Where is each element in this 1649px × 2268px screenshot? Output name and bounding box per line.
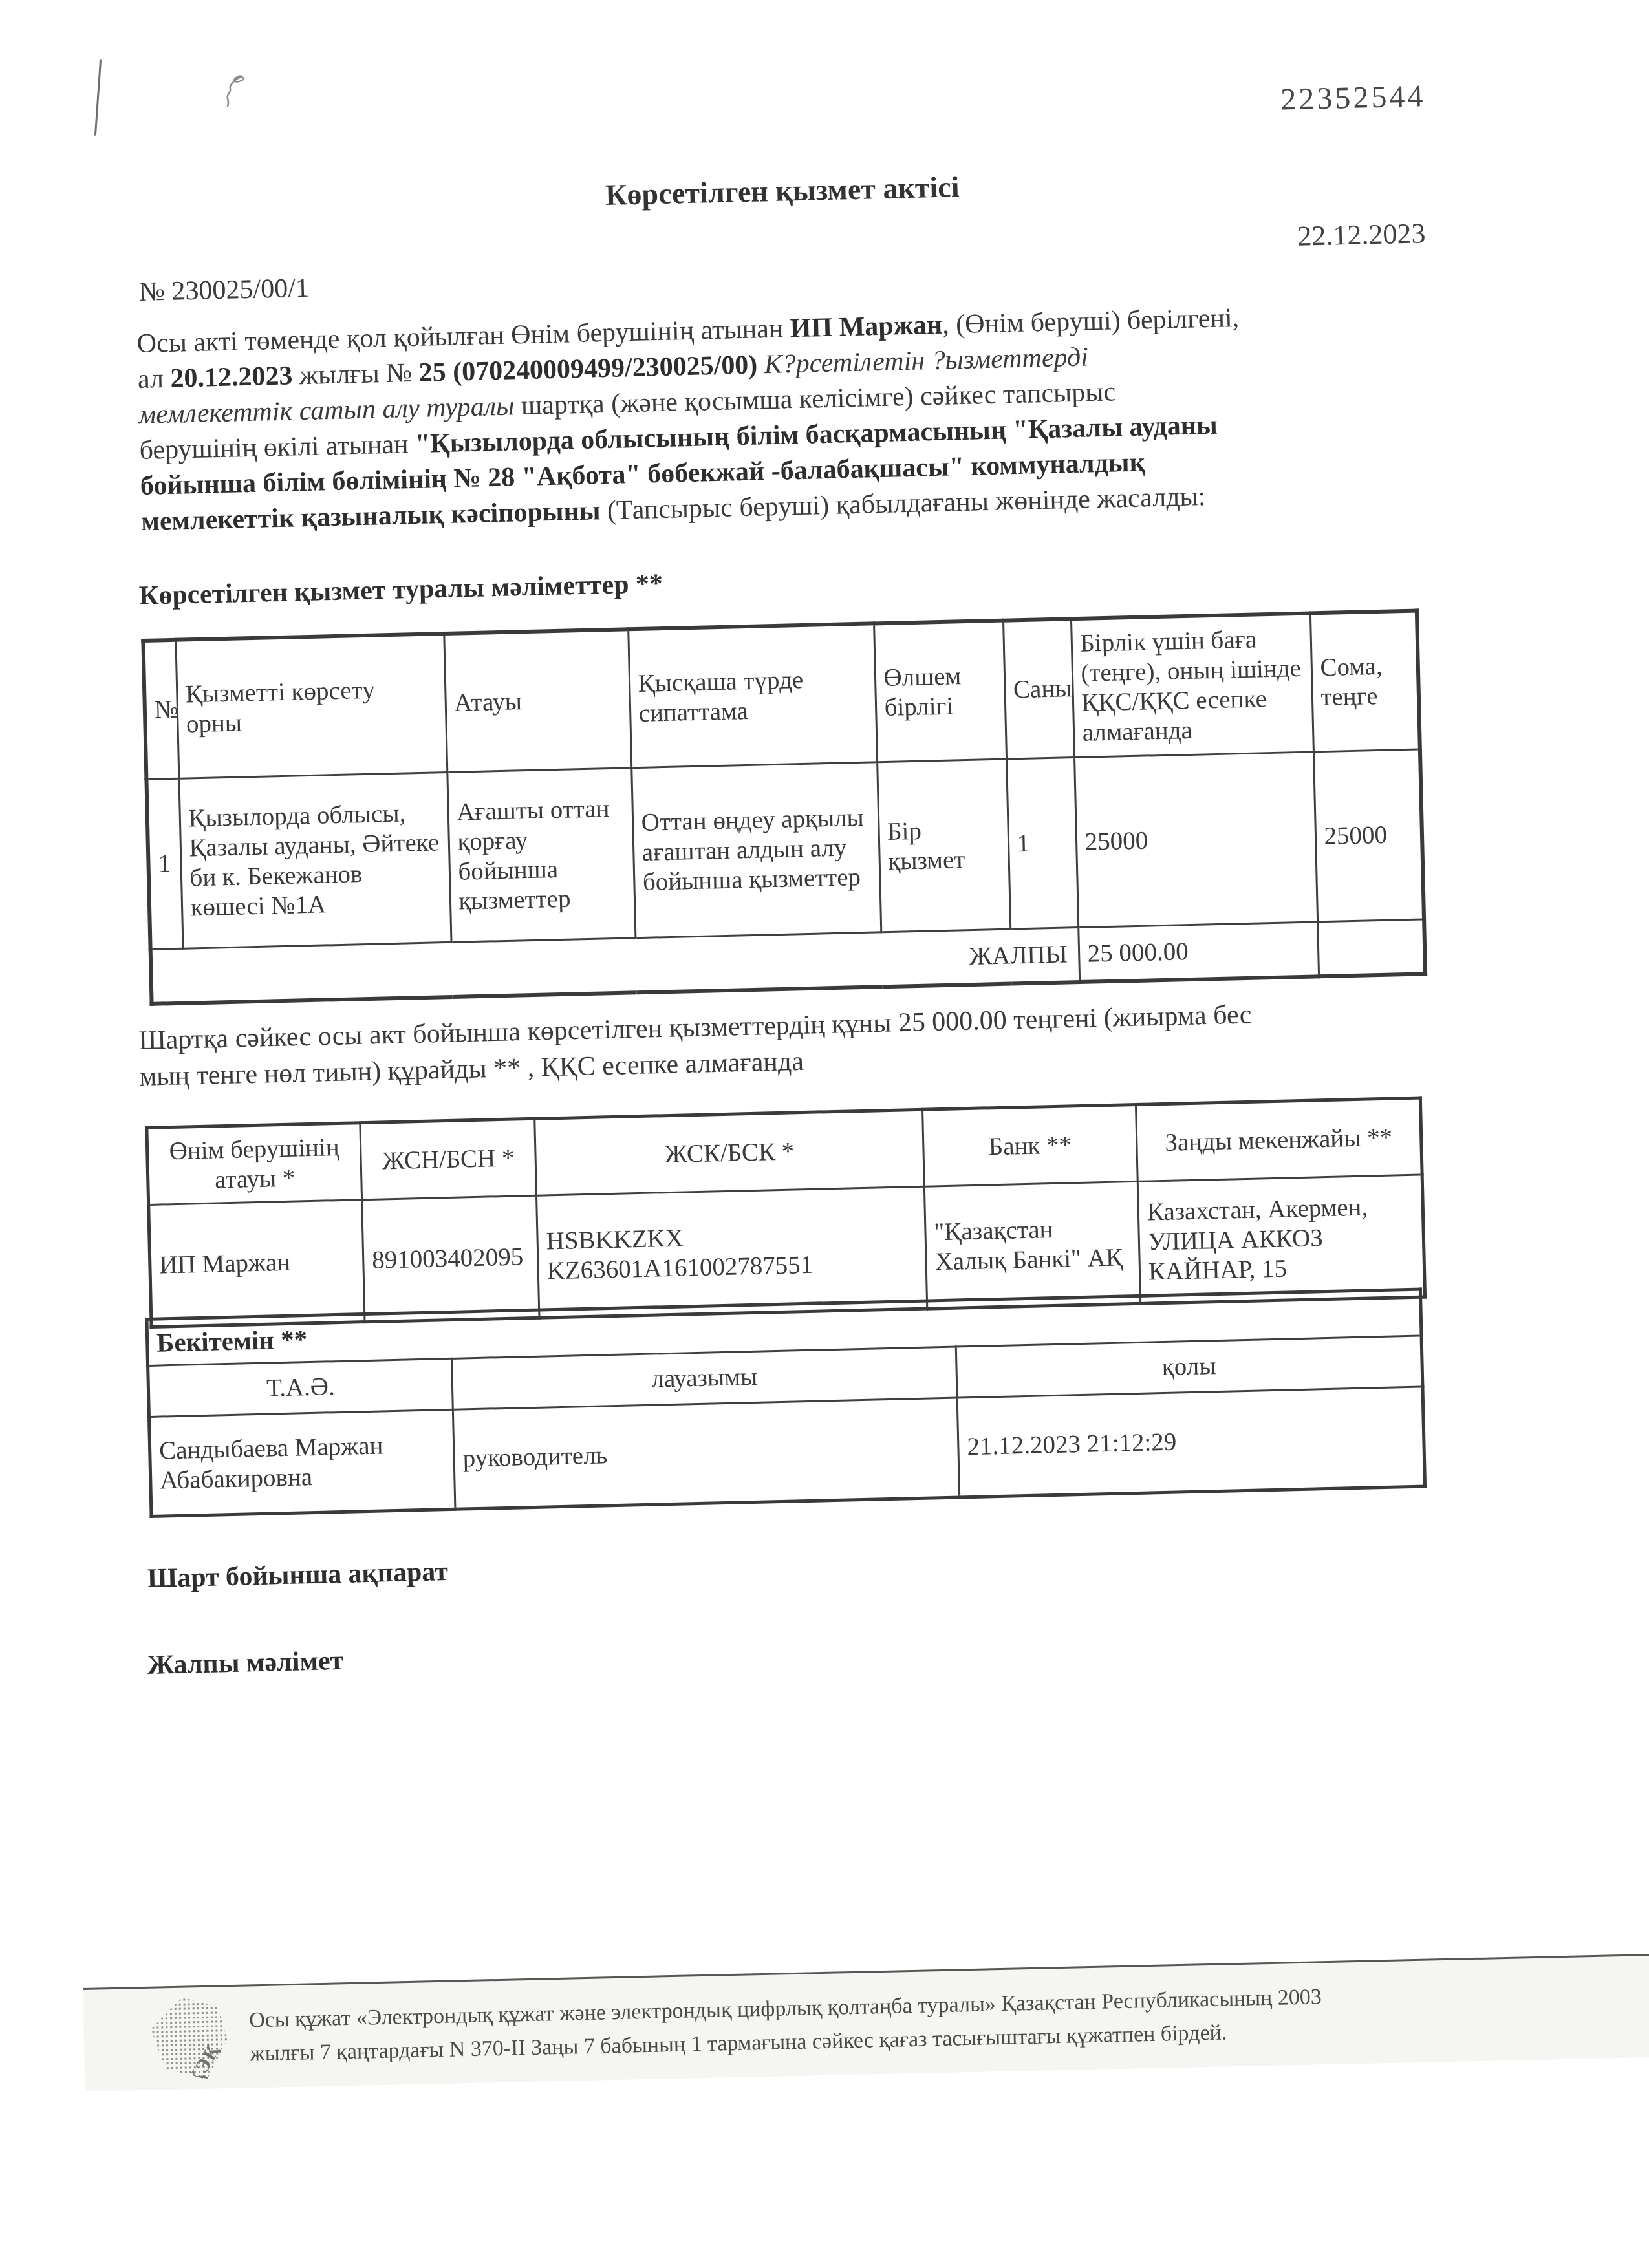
approve-cell: руководитель bbox=[453, 1398, 959, 1509]
ink-squiggle-icon bbox=[221, 70, 250, 109]
services-section-title: Көрсетілген қызмет туралы мәліметтер ** bbox=[138, 550, 1426, 612]
footer-text: Осы құжат «Электрондық құжат және электр… bbox=[249, 1980, 1323, 2071]
footer-strip: ҚЭҚ Осы құжат «Электрондық құжат және эл… bbox=[83, 1954, 1649, 2091]
supplier-cell: 891003402095 bbox=[362, 1195, 539, 1321]
services-cell: Оттан өңдеу арқылы ағаштан алдын алу бой… bbox=[631, 762, 881, 938]
services-data-row: 1 Қызылорда облысы, Қазалы ауданы, Әйтек… bbox=[146, 749, 1424, 949]
pen-mark bbox=[94, 59, 102, 136]
services-header-cell: № bbox=[143, 640, 178, 780]
contract-info-heading: Шарт бойынша ақпарат bbox=[147, 1556, 448, 1594]
intro-paragraph: Осы акті төменде қол қойылған Өнім беруш… bbox=[136, 296, 1428, 540]
services-header-cell: Сома, теңге bbox=[1310, 611, 1420, 752]
services-total-empty bbox=[1317, 919, 1425, 976]
services-header-cell: Қызметті көрсету орны bbox=[175, 634, 447, 778]
services-cell: 25000 bbox=[1074, 752, 1317, 928]
supplier-header-cell: ЖСН/БСН * bbox=[360, 1118, 537, 1199]
approve-cell: Сандыбаева Маржан Абабакировна bbox=[149, 1409, 455, 1516]
services-cell: 1 bbox=[146, 778, 182, 949]
services-header-cell: Саны bbox=[1003, 619, 1074, 759]
services-cell: Бір қызмет bbox=[877, 759, 1010, 932]
supplier-header-cell: Банк ** bbox=[923, 1104, 1138, 1186]
supplier-cell: HSBKKZKX KZ63601A161002787551 bbox=[537, 1186, 927, 1318]
services-cell: Қызылорда облысы, Қазалы ауданы, Әйтеке … bbox=[178, 772, 451, 948]
supplier-header-cell: Өнім берушінің атауы * bbox=[147, 1123, 362, 1205]
amount-paragraph: Шартқа сәйкес осы акт бойынша көрсетілге… bbox=[138, 992, 1427, 1095]
approve-table: Бекітемін ** Т.А.Ә. лауазымы қолы Сандыб… bbox=[145, 1288, 1427, 1518]
services-header-cell: Өлшем бірлігі bbox=[874, 621, 1006, 762]
services-total-value: 25 000.00 bbox=[1078, 922, 1319, 982]
document-title: Көрсетілген қызмет актісі bbox=[138, 158, 1426, 223]
approve-header-cell: Т.А.Ә. bbox=[148, 1358, 453, 1417]
supplier-cell: ИП Маржан bbox=[149, 1200, 365, 1327]
services-header-cell: Атауы bbox=[444, 629, 631, 772]
scan-number: 22352544 bbox=[138, 78, 1426, 144]
approve-cell: 21.12.2023 21:12:29 bbox=[957, 1387, 1425, 1497]
services-header-cell: Қысқаша түрде сипаттама bbox=[628, 623, 877, 767]
general-info-heading: Жалпы мәлімет bbox=[147, 1645, 343, 1681]
services-header-cell: Бірлік үшін баға (теңге), оның ішінде ҚҚ… bbox=[1071, 613, 1313, 757]
services-cell: 25000 bbox=[1313, 749, 1424, 922]
services-cell: Ағашты оттан қорғау бойынша қызметтер bbox=[447, 768, 635, 943]
supplier-cell: "Қазақстан Халық Банкі" АҚ bbox=[924, 1181, 1140, 1309]
supplier-cell: Казахстан, Акермен, УЛИЦА АККОЗ КАЙНАР, … bbox=[1137, 1175, 1425, 1303]
page: { "document": { "scan_number": "22352544… bbox=[0, 0, 1649, 2268]
supplier-header-cell: Заңды мекенжайы ** bbox=[1136, 1098, 1422, 1181]
services-table: № Қызметті көрсету орны Атауы Қысқаша тү… bbox=[141, 609, 1427, 1006]
keq-emblem-icon: ҚЭҚ bbox=[150, 1996, 228, 2081]
services-cell: 1 bbox=[1006, 758, 1078, 929]
supplier-header-cell: ЖСК/БСК * bbox=[535, 1109, 925, 1195]
keq-emblem-text: ҚЭҚ bbox=[183, 2040, 225, 2090]
